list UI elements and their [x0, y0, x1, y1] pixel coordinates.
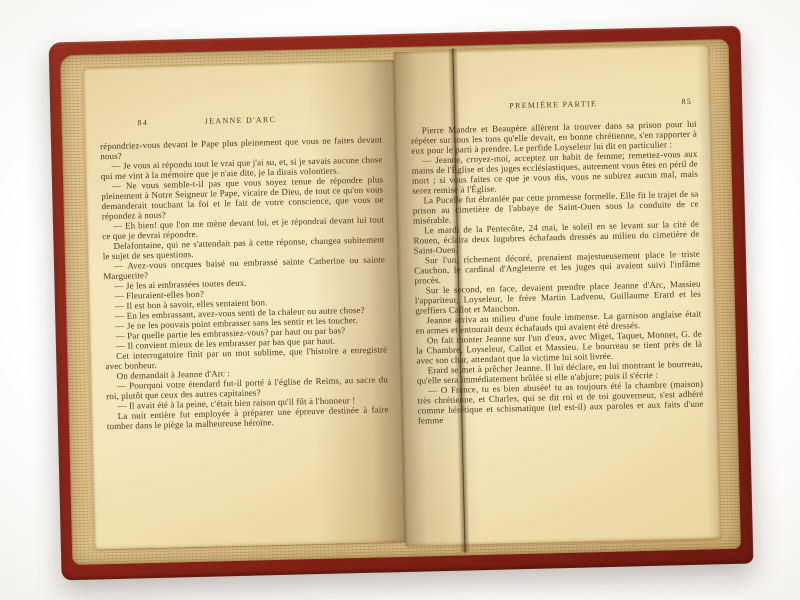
photo-background: 84 JEANNE D'ARC répondriez-vous devant l…: [0, 0, 800, 600]
paragraph: — Ne vous semble-t-il pas que vous soyez…: [101, 174, 384, 221]
right-page: PREMIÈRE PARTIE 85 Pierre Mandre et Beau…: [394, 44, 721, 546]
left-page-content: 84 JEANNE D'ARC répondriez-vous devant l…: [83, 60, 406, 549]
left-page-header: 84 JEANNE D'ARC: [99, 112, 381, 131]
left-page-number: 84: [137, 118, 148, 127]
right-page-content: PREMIÈRE PARTIE 85 Pierre Mandre et Beau…: [394, 44, 721, 546]
left-page: 84 JEANNE D'ARC répondriez-vous devant l…: [83, 60, 406, 549]
right-page-number: 85: [681, 97, 692, 106]
book: 84 JEANNE D'ARC répondriez-vous devant l…: [49, 26, 754, 581]
left-page-body: répondriez-vous devant le Pape plus plei…: [100, 134, 389, 431]
